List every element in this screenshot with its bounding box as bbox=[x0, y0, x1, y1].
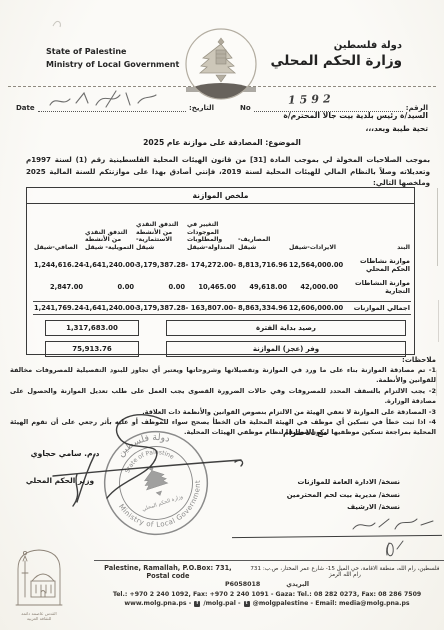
col-header-investing: التدفق النقدي من الأنشطة الاستثمارية- شي… bbox=[135, 221, 186, 251]
footer: Palestine, Ramallah, P.O.Box: 731, Posta… bbox=[94, 564, 440, 607]
table-row-commercial: موازنة النشاطات التجارية 42,000.00 49,61… bbox=[27, 279, 414, 295]
table-header-row: البند الايرادات-شيقل المصاريف-شيقل التغي… bbox=[27, 204, 414, 251]
jerusalem-logo-caption-2: للثقافة العربية bbox=[12, 616, 66, 621]
document-page: State of Palestine Ministry of Local Gov… bbox=[0, 0, 444, 630]
jerusalem-logo-icon bbox=[12, 547, 66, 607]
notes-heading: ملاحظات: bbox=[10, 356, 436, 364]
handwritten-ref-number: 1592 bbox=[287, 92, 334, 107]
note-1: 1- تم مصادقة الموازنة بناء على ما ورد في… bbox=[10, 365, 436, 386]
recipient-line: السيد/ة رئيس بلدية بيت جالا المحترم/ة bbox=[283, 111, 428, 120]
body-paragraph: بموجب الصلاحيات المخولة لي بموجب المادة … bbox=[26, 154, 430, 189]
col-header-net: الصافي-شيقل bbox=[33, 244, 84, 252]
header-en-line1: State of Palestine bbox=[46, 45, 179, 58]
greeting-line: تحية طيبة وبعد،،، bbox=[366, 124, 428, 133]
facebook-icon: f bbox=[194, 601, 200, 607]
footer-address-line: Palestine, Ramallah, P.O.Box: 731, Posta… bbox=[94, 564, 440, 580]
col-header-item: البند bbox=[339, 244, 411, 252]
jerusalem-logo: القدس عاصمة دائمة للثقافة العربية bbox=[12, 547, 66, 621]
summary-row-opening-balance: رصيد بداية الفترة 1,317,683.00 bbox=[45, 320, 406, 336]
handwritten-annotation bbox=[345, 515, 441, 563]
closing-phrase: مع الاحترام bbox=[283, 428, 328, 437]
footer-address-ar: فلسطين، رام الله، منطقة الاقامة، حي المي… bbox=[250, 566, 440, 578]
footer-postal-line: P6058018 البريدي bbox=[94, 581, 440, 588]
header-en-line2: Ministry of Local Government bbox=[46, 58, 179, 71]
copy-item-budgets: نسخة/ الادارة العامة للموازنات bbox=[287, 476, 400, 489]
date-label-en: Date bbox=[16, 104, 35, 112]
col-header-change: التغيير في الموجودات والمطلوبات المتداول… bbox=[186, 221, 237, 251]
scan-artifact bbox=[436, 370, 437, 396]
footer-web-line: www.molg.pna.ps - f /molg.pal - t @molgp… bbox=[94, 600, 440, 607]
handwritten-signature bbox=[35, 412, 255, 512]
footer-address-en: Palestine, Ramallah, P.O.Box: 731, Posta… bbox=[94, 564, 242, 580]
footer-phone-line: Tel.: +970 2 240 1092, Fax: +970 2 240 1… bbox=[94, 591, 440, 598]
header-ar-line1: دولة فلسطين bbox=[271, 40, 402, 51]
header-arabic: دولة فلسطين وزارة الحكم المحلي bbox=[271, 40, 402, 69]
handwritten-date bbox=[44, 89, 164, 111]
copy-item-bethlehem: نسخة/ مديرية بيت لحم المحترمين bbox=[287, 489, 400, 502]
copies-list: نسخة/ الادارة العامة للموازنات نسخة/ مدي… bbox=[287, 476, 400, 514]
table-row-totals: اجمالي الموازنات 12,606,000.00 8,863,334… bbox=[27, 301, 414, 315]
ref-number-line: No 1592 الرقم: bbox=[240, 96, 428, 112]
summary-row-surplus: وفر (عجز) الموازنة 75,913.76 bbox=[45, 341, 406, 357]
scan-artifact bbox=[438, 300, 439, 342]
budget-summary-table: ملخص الموازنة البند الايرادات-شيقل المصا… bbox=[26, 187, 415, 355]
opening-balance-value: 1,317,683.00 bbox=[45, 320, 139, 336]
col-header-expenses: المصاريف-شيقل bbox=[237, 236, 288, 251]
footer-divider bbox=[94, 560, 444, 561]
subject-line: الموضوع: المصادقة على موازنة عام 2025 bbox=[0, 138, 444, 147]
opening-balance-label: رصيد بداية الفترة bbox=[166, 320, 406, 336]
copy-item-archive: نسخة/ الارشيف bbox=[287, 501, 400, 514]
scan-artifact bbox=[437, 188, 438, 266]
surplus-value: 75,913.76 bbox=[45, 341, 139, 357]
header-english: State of Palestine Ministry of Local Gov… bbox=[46, 45, 179, 71]
footer-postal-code: P6058018 bbox=[225, 581, 260, 588]
twitter-icon: t bbox=[244, 601, 250, 607]
no-label-en: No bbox=[240, 104, 251, 112]
footer-postal-ar: البريدي bbox=[286, 581, 309, 588]
table-row-local-government: موازنة نشاطات الحكم المحلي 12,564,000.00… bbox=[27, 257, 414, 273]
date-dotted-line bbox=[38, 101, 186, 112]
date-label-ar: التاريخ: bbox=[189, 104, 214, 112]
footer-website: www.molg.pna.ps - bbox=[124, 600, 191, 607]
col-header-financing: التدفق النقدي من الأنشطة التمويلية- شيقل bbox=[84, 229, 135, 252]
scan-artifact bbox=[50, 16, 70, 30]
table-title: ملخص الموازنة bbox=[27, 188, 414, 204]
palestine-eagle-emblem-icon bbox=[184, 27, 258, 105]
col-header-revenues: الايرادات-شيقل bbox=[288, 244, 339, 252]
footer-email: @molgpalestine - Email: media@molg.pna.p… bbox=[253, 600, 410, 607]
header-ar-line2: وزارة الحكم المحلي bbox=[271, 53, 402, 69]
surplus-label: وفر (عجز) الموازنة bbox=[166, 341, 406, 357]
note-2: 2- يجب الالتزام بالسقف المحدد للمصروفات … bbox=[10, 386, 436, 407]
footer-facebook-handle: /molg.pal - bbox=[203, 600, 240, 607]
